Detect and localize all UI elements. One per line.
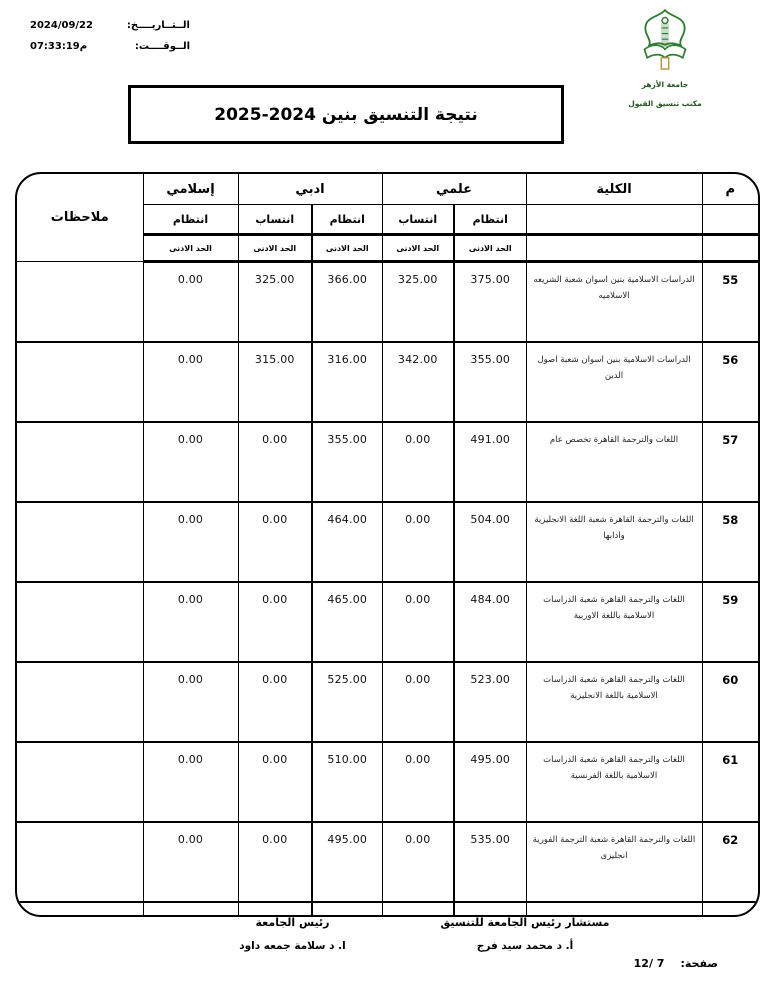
isl-regular-min: 0.00 xyxy=(143,502,238,582)
date-row: الــتــاريــــخ: 2024/09/22 xyxy=(30,20,190,31)
lit-affiliation-min: 315.00 xyxy=(238,342,312,422)
sub-header-lit-affiliation: انتساب xyxy=(238,205,312,235)
college-name: اللغات والترجمة القاهرة شعبة الترجمة الف… xyxy=(526,822,702,902)
lit-regular-min: 355.00 xyxy=(312,422,382,502)
notes-cell xyxy=(17,582,143,662)
report-title: نتيجة التنسيق بنين 2024‏-‏2025 xyxy=(214,105,478,125)
college-name: اللغات والترجمة القاهرة شعبة الدراسات ال… xyxy=(526,662,702,742)
lit-affiliation-min: 0.00 xyxy=(238,662,312,742)
notes-cell xyxy=(17,262,143,343)
row-number: 62 xyxy=(702,822,758,902)
university-logo-block: جامعة الأزهر مكتب تنسيق القبول xyxy=(610,8,720,108)
row-number: 63 xyxy=(702,902,758,917)
lit-affiliation-min: 0.00 xyxy=(238,422,312,502)
sci-affiliation-min: 0.00 xyxy=(382,502,454,582)
col-header-college: الكلية xyxy=(526,174,702,205)
col-header-notes: ملاحظات xyxy=(17,174,143,262)
sci-regular-min: 558.00 xyxy=(454,902,526,917)
lit-affiliation-min: 0.00 xyxy=(238,502,312,582)
college-name: اللغات والترجمة القاهرة شعبة الدراسات ال… xyxy=(526,582,702,662)
notes-cell xyxy=(17,662,143,742)
results-table-frame: م الكلية علمي ادبي إسلامي ملاحظات انتظام… xyxy=(15,172,760,917)
table-row: 55 الدراسات الاسلامية بنين اسوان شعبة ال… xyxy=(17,262,758,343)
table-row: 56 الدراسات الاسلامية بنين اسوان شعبة اص… xyxy=(17,342,758,422)
sub-header-lit-regular: انتظام xyxy=(312,205,382,235)
signature-title: رئيس الجامعة xyxy=(215,916,370,929)
college-name: اللغات والترجمة القاهرة تخصص عام xyxy=(526,422,702,502)
row-number: 57 xyxy=(702,422,758,502)
group-header-literary: ادبي xyxy=(238,174,382,205)
sci-affiliation-min: 0.00 xyxy=(382,902,454,917)
page-number: صفحة: 7 /12 xyxy=(608,957,718,970)
document-page: الــتــاريــــخ: 2024/09/22 الــوقــــت:… xyxy=(0,0,772,1000)
notes-cell xyxy=(17,502,143,582)
signature-name: أ. د محمد سيد فرج xyxy=(420,940,630,952)
sub-header-sci-regular: انتظام xyxy=(454,205,526,235)
sci-regular-min: 495.00 xyxy=(454,742,526,822)
isl-regular-min: 0.00 xyxy=(143,822,238,902)
college-name: اللغات والترجمة القاهرة شعبة الدراسات ال… xyxy=(526,902,702,917)
table-row: 61 اللغات والترجمة القاهرة شعبة الدراسات… xyxy=(17,742,758,822)
notes-cell xyxy=(17,742,143,822)
sci-affiliation-min: 0.00 xyxy=(382,742,454,822)
datetime-stamp: الــتــاريــــخ: 2024/09/22 الــوقــــت:… xyxy=(30,20,190,62)
page-label: صفحة: xyxy=(680,957,718,970)
empty-cell xyxy=(526,235,702,262)
sci-regular-min: 484.00 xyxy=(454,582,526,662)
sci-affiliation-min: 0.00 xyxy=(382,582,454,662)
page-value: 7 /12 xyxy=(634,957,665,970)
lit-affiliation-min: 0.00 xyxy=(238,582,312,662)
table-row: 63 اللغات والترجمة القاهرة شعبة الدراسات… xyxy=(17,902,758,917)
signature-coordination-advisor: مستشار رئيس الجامعة للتنسيق أ. د محمد سي… xyxy=(420,916,630,952)
isl-regular-min: 0.00 xyxy=(143,422,238,502)
sci-affiliation-min: 0.00 xyxy=(382,662,454,742)
lit-regular-min: 495.00 xyxy=(312,822,382,902)
isl-regular-min: 0.00 xyxy=(143,342,238,422)
lit-regular-min: 525.00 xyxy=(312,662,382,742)
date-value: 2024/09/22 xyxy=(30,20,93,31)
college-name: اللغات والترجمة القاهرة شعبة اللغة الانج… xyxy=(526,502,702,582)
lit-affiliation-min: 325.00 xyxy=(238,262,312,343)
lit-regular-min: 366.00 xyxy=(312,262,382,343)
date-label: الــتــاريــــخ: xyxy=(127,20,190,31)
table-row: 57 اللغات والترجمة القاهرة تخصص عام 491.… xyxy=(17,422,758,502)
sci-affiliation-min: 325.00 xyxy=(382,262,454,343)
lit-regular-min: 551.00 xyxy=(312,902,382,917)
row-number: 58 xyxy=(702,502,758,582)
college-name: الدراسات الاسلامية بنين اسوان شعبة الشري… xyxy=(526,262,702,343)
college-name: اللغات والترجمة القاهرة شعبة الدراسات ال… xyxy=(526,742,702,822)
lit-regular-min: 465.00 xyxy=(312,582,382,662)
lit-affiliation-min: 0.00 xyxy=(238,902,312,917)
table-row: 62 اللغات والترجمة القاهرة شعبة الترجمة … xyxy=(17,822,758,902)
sci-affiliation-min: 0.00 xyxy=(382,822,454,902)
sub-header-isl-regular: انتظام xyxy=(143,205,238,235)
university-name: جامعة الأزهر xyxy=(610,80,720,89)
sci-regular-min: 491.00 xyxy=(454,422,526,502)
row-number: 56 xyxy=(702,342,758,422)
isl-regular-min: 0.00 xyxy=(143,582,238,662)
row-number: 59 xyxy=(702,582,758,662)
isl-regular-min: 0.00 xyxy=(143,662,238,742)
empty-cell xyxy=(526,205,702,235)
signature-title: مستشار رئيس الجامعة للتنسيق xyxy=(420,916,630,929)
lit-regular-min: 316.00 xyxy=(312,342,382,422)
alazhar-emblem-icon xyxy=(610,8,720,74)
sci-regular-min: 504.00 xyxy=(454,502,526,582)
row-number: 60 xyxy=(702,662,758,742)
min-label-lit-regular: الحد الادنى xyxy=(312,235,382,262)
min-label-sci-affiliation: الحد الادنى xyxy=(382,235,454,262)
admission-office-name: مكتب تنسيق القبول xyxy=(610,99,720,108)
lit-regular-min: 464.00 xyxy=(312,502,382,582)
empty-cell xyxy=(702,235,758,262)
signature-university-president: رئيس الجامعة ا. د سلامة جمعه داود xyxy=(215,916,370,952)
sci-affiliation-min: 342.00 xyxy=(382,342,454,422)
min-label-isl-regular: الحد الادنى xyxy=(143,235,238,262)
lit-regular-min: 510.00 xyxy=(312,742,382,822)
notes-cell xyxy=(17,422,143,502)
min-label-lit-affiliation: الحد الادنى xyxy=(238,235,312,262)
isl-regular-min: 0.00 xyxy=(143,902,238,917)
time-label: الــوقــــت: xyxy=(135,41,190,52)
lit-affiliation-min: 0.00 xyxy=(238,742,312,822)
isl-regular-min: 0.00 xyxy=(143,742,238,822)
row-number: 61 xyxy=(702,742,758,822)
time-value: م07:33:19 xyxy=(30,41,87,52)
notes-cell xyxy=(17,822,143,902)
results-table: م الكلية علمي ادبي إسلامي ملاحظات انتظام… xyxy=(17,174,758,917)
sub-header-sci-affiliation: انتساب xyxy=(382,205,454,235)
group-header-islamic: إسلامي xyxy=(143,174,238,205)
sci-regular-min: 375.00 xyxy=(454,262,526,343)
group-header-scientific: علمي xyxy=(382,174,526,205)
college-name: الدراسات الاسلامية بنين اسوان شعبة اصول … xyxy=(526,342,702,422)
signature-name: ا. د سلامة جمعه داود xyxy=(215,940,370,952)
notes-cell xyxy=(17,342,143,422)
sci-affiliation-min: 0.00 xyxy=(382,422,454,502)
row-number: 55 xyxy=(702,262,758,343)
col-header-num: م xyxy=(702,174,758,205)
table-row: 60 اللغات والترجمة القاهرة شعبة الدراسات… xyxy=(17,662,758,742)
sci-regular-min: 355.00 xyxy=(454,342,526,422)
time-row: الــوقــــت: م07:33:19 xyxy=(30,41,190,52)
report-title-box: نتيجة التنسيق بنين 2024‏-‏2025 xyxy=(128,85,564,144)
table-row: 58 اللغات والترجمة القاهرة شعبة اللغة ال… xyxy=(17,502,758,582)
empty-cell xyxy=(702,205,758,235)
sci-regular-min: 535.00 xyxy=(454,822,526,902)
sci-regular-min: 523.00 xyxy=(454,662,526,742)
isl-regular-min: 0.00 xyxy=(143,262,238,343)
min-label-sci-regular: الحد الادنى xyxy=(454,235,526,262)
lit-affiliation-min: 0.00 xyxy=(238,822,312,902)
notes-cell xyxy=(17,902,143,917)
table-row: 59 اللغات والترجمة القاهرة شعبة الدراسات… xyxy=(17,582,758,662)
